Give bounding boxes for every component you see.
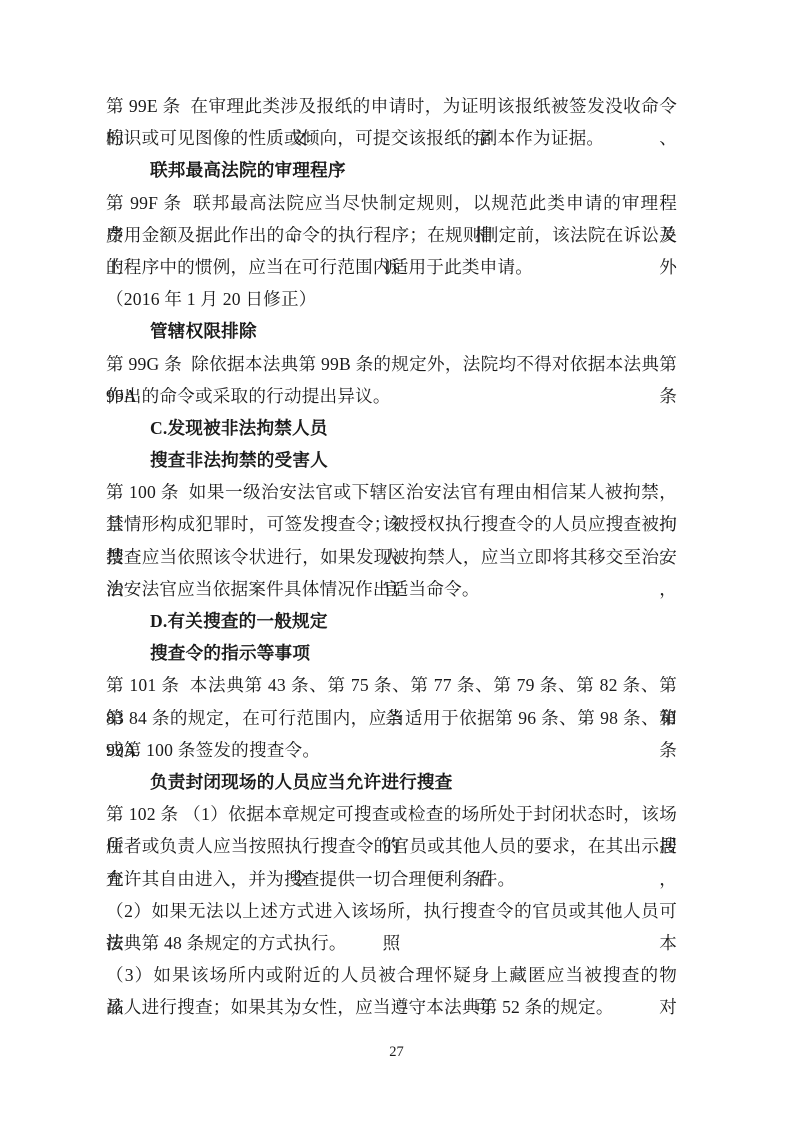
section-heading: 管辖权限排除 <box>106 315 677 347</box>
section-heading: 负责封闭现场的人员应当允许进行搜查 <box>106 766 677 798</box>
paragraph-line: 第 102 条 （1）依据本章规定可搜查或检查的场所处于封闭状态时，该场所的居 <box>106 798 677 830</box>
paragraph-line: （2016 年 1 月 20 日修正） <box>106 283 677 315</box>
paragraph-line: （2）如果无法以上述方式进入该场所，执行搜查令的官员或其他人员可按照本 <box>106 895 677 927</box>
paragraph-line: 第 99G 条 除依据本法典第 99B 条的规定外，法院均不得对依据本法典第 9… <box>106 348 677 380</box>
paragraph-line: 搜查应当依照该令状进行，如果发现被拘禁人，应当立即将其移交至治安法官， <box>106 541 677 573</box>
page-number: 27 <box>0 1042 793 1062</box>
paragraph-line: 标识或可见图像的性质或倾向，可提交该报纸的副本作为证据。 <box>106 122 677 154</box>
paragraph-line: 禁情形构成犯罪时，可签发搜查令；被授权执行搜查令的人员应搜查被拘禁人。 <box>106 508 677 540</box>
paragraph-line: 住者或负责人应当按照执行搜查令的官员或其他人员的要求，在其出示搜查令后， <box>106 830 677 862</box>
document-text-block: 第 99E 条 在审理此类涉及报纸的申请时，为证明该报纸被签发没收命令的文字、标… <box>106 90 677 1023</box>
paragraph-line: 第 99F 条 联邦最高法院应当尽快制定规则，以规范此类申请的审理程序、相关 <box>106 187 677 219</box>
paragraph-line: 第 99E 条 在审理此类涉及报纸的申请时，为证明该报纸被签发没收命令的文字、 <box>106 90 677 122</box>
paragraph-line: 第 84 条的规定，在可行范围内，应当适用于依据第 96 条、第 98 条、第 … <box>106 702 677 734</box>
paragraph-line: 第 101 条 本法典第 43 条、第 75 条、第 77 条、第 79 条、第… <box>106 669 677 701</box>
section-heading: 联邦最高法院的审理程序 <box>106 154 677 186</box>
paragraph-line: 第 100 条 如果一级治安法官或下辖区治安法官有理由相信某人被拘禁，且该拘 <box>106 476 677 508</box>
document-page: 第 99E 条 在审理此类涉及报纸的申请时，为证明该报纸被签发没收命令的文字、标… <box>0 0 793 1122</box>
paragraph-line: 该人进行搜查；如果其为女性，应当遵守本法典第 52 条的规定。 <box>106 991 677 1023</box>
section-heading: C.发现被非法拘禁人员 <box>106 412 677 444</box>
paragraph-line: 费用金额及据此作出的命令的执行程序；在规则制定前，该法院在诉讼及上诉外 <box>106 219 677 251</box>
section-heading: D.有关搜查的一般规定 <box>106 605 677 637</box>
section-heading: 搜查非法拘禁的受害人 <box>106 444 677 476</box>
paragraph-line: （3）如果该场所内或附近的人员被合理怀疑身上藏匿应当被搜查的物品，可对 <box>106 959 677 991</box>
section-heading: 搜查令的指示等事项 <box>106 637 677 669</box>
